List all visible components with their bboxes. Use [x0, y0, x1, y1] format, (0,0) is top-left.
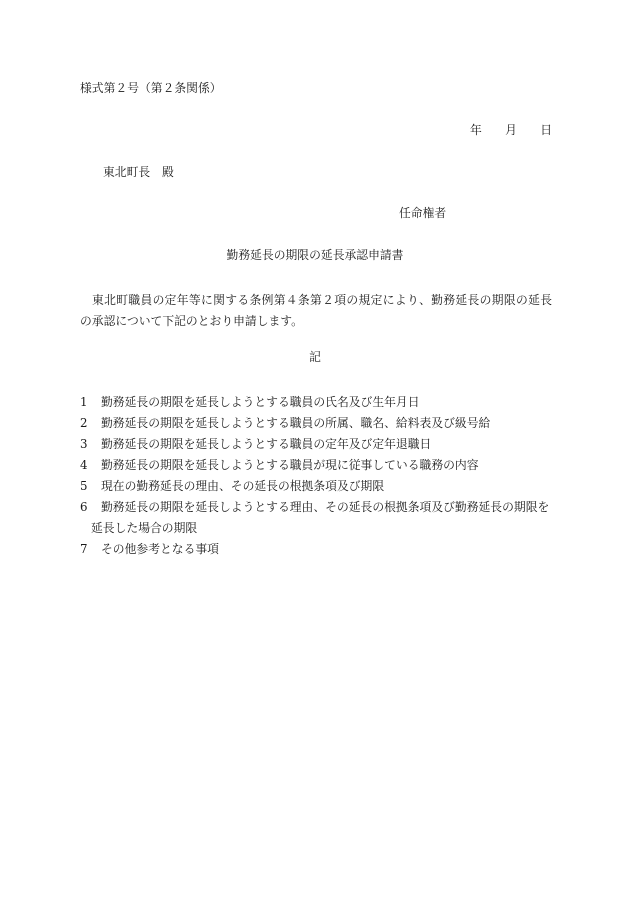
- item-list: 1 勤務延長の期限を延長しようとする職員の氏名及び生年月日 2 勤務延長の期限を…: [80, 392, 552, 560]
- day-label: 日: [540, 123, 552, 137]
- form-number: 様式第２号（第２条関係）: [80, 81, 222, 95]
- list-item: 6 勤務延長の期限を延長しようとする理由、その延長の根拠条項及び勤務延長の期限を…: [80, 497, 552, 539]
- item-text: 勤務延長の期限を延長しようとする職員が現に従事している職務の内容: [101, 455, 552, 476]
- list-item: 7 その他参考となる事項: [80, 539, 552, 560]
- item-text: 勤務延長の期限を延長しようとする職員の定年及び定年退職日: [101, 434, 552, 455]
- addressee: 東北町長 殿: [103, 165, 174, 179]
- year-label: 年: [470, 123, 482, 137]
- list-item: 5 現在の勤務延長の理由、その延長の根拠条項及び期限: [80, 476, 552, 497]
- list-item: 3 勤務延長の期限を延長しようとする職員の定年及び定年退職日: [80, 434, 552, 455]
- list-item: 4 勤務延長の期限を延長しようとする職員が現に従事している職務の内容: [80, 455, 552, 476]
- applicant: 任命権者: [399, 206, 446, 220]
- item-text-continuation: 延長した場合の期限: [91, 518, 552, 539]
- item-text: 勤務延長の期限を延長しようとする職員の氏名及び生年月日: [101, 392, 552, 413]
- item-text-wrapper: 勤務延長の期限を延長しようとする理由、その延長の根拠条項及び勤務延長の期限を 延…: [101, 497, 552, 539]
- month-label: 月: [505, 123, 517, 137]
- item-number: 7: [80, 539, 101, 560]
- list-item: 2 勤務延長の期限を延長しようとする職員の所属、職名、給料表及び級号給: [80, 413, 552, 434]
- item-text: 勤務延長の期限を延長しようとする職員の所属、職名、給料表及び級号給: [101, 413, 552, 434]
- item-number: 1: [80, 392, 101, 413]
- body-paragraph: 東北町職員の定年等に関する条例第４条第２項の規定により、勤務延長の期限の延長の承…: [80, 290, 552, 332]
- item-text: その他参考となる事項: [101, 539, 552, 560]
- item-number: 4: [80, 455, 101, 476]
- document-title: 勤務延長の期限の延長承認申請書: [0, 248, 630, 262]
- item-number: 3: [80, 434, 101, 455]
- item-text: 勤務延長の期限を延長しようとする理由、その延長の根拠条項及び勤務延長の期限を: [101, 500, 549, 514]
- ki-heading: 記: [0, 350, 630, 364]
- item-number: 2: [80, 413, 101, 434]
- list-item: 1 勤務延長の期限を延長しようとする職員の氏名及び生年月日: [80, 392, 552, 413]
- date-line: 年 月 日: [470, 123, 552, 137]
- item-number: 5: [80, 476, 101, 497]
- item-text: 現在の勤務延長の理由、その延長の根拠条項及び期限: [101, 476, 552, 497]
- document-page: 様式第２号（第２条関係） 年 月 日 東北町長 殿 任命権者 勤務延長の期限の延…: [0, 0, 630, 903]
